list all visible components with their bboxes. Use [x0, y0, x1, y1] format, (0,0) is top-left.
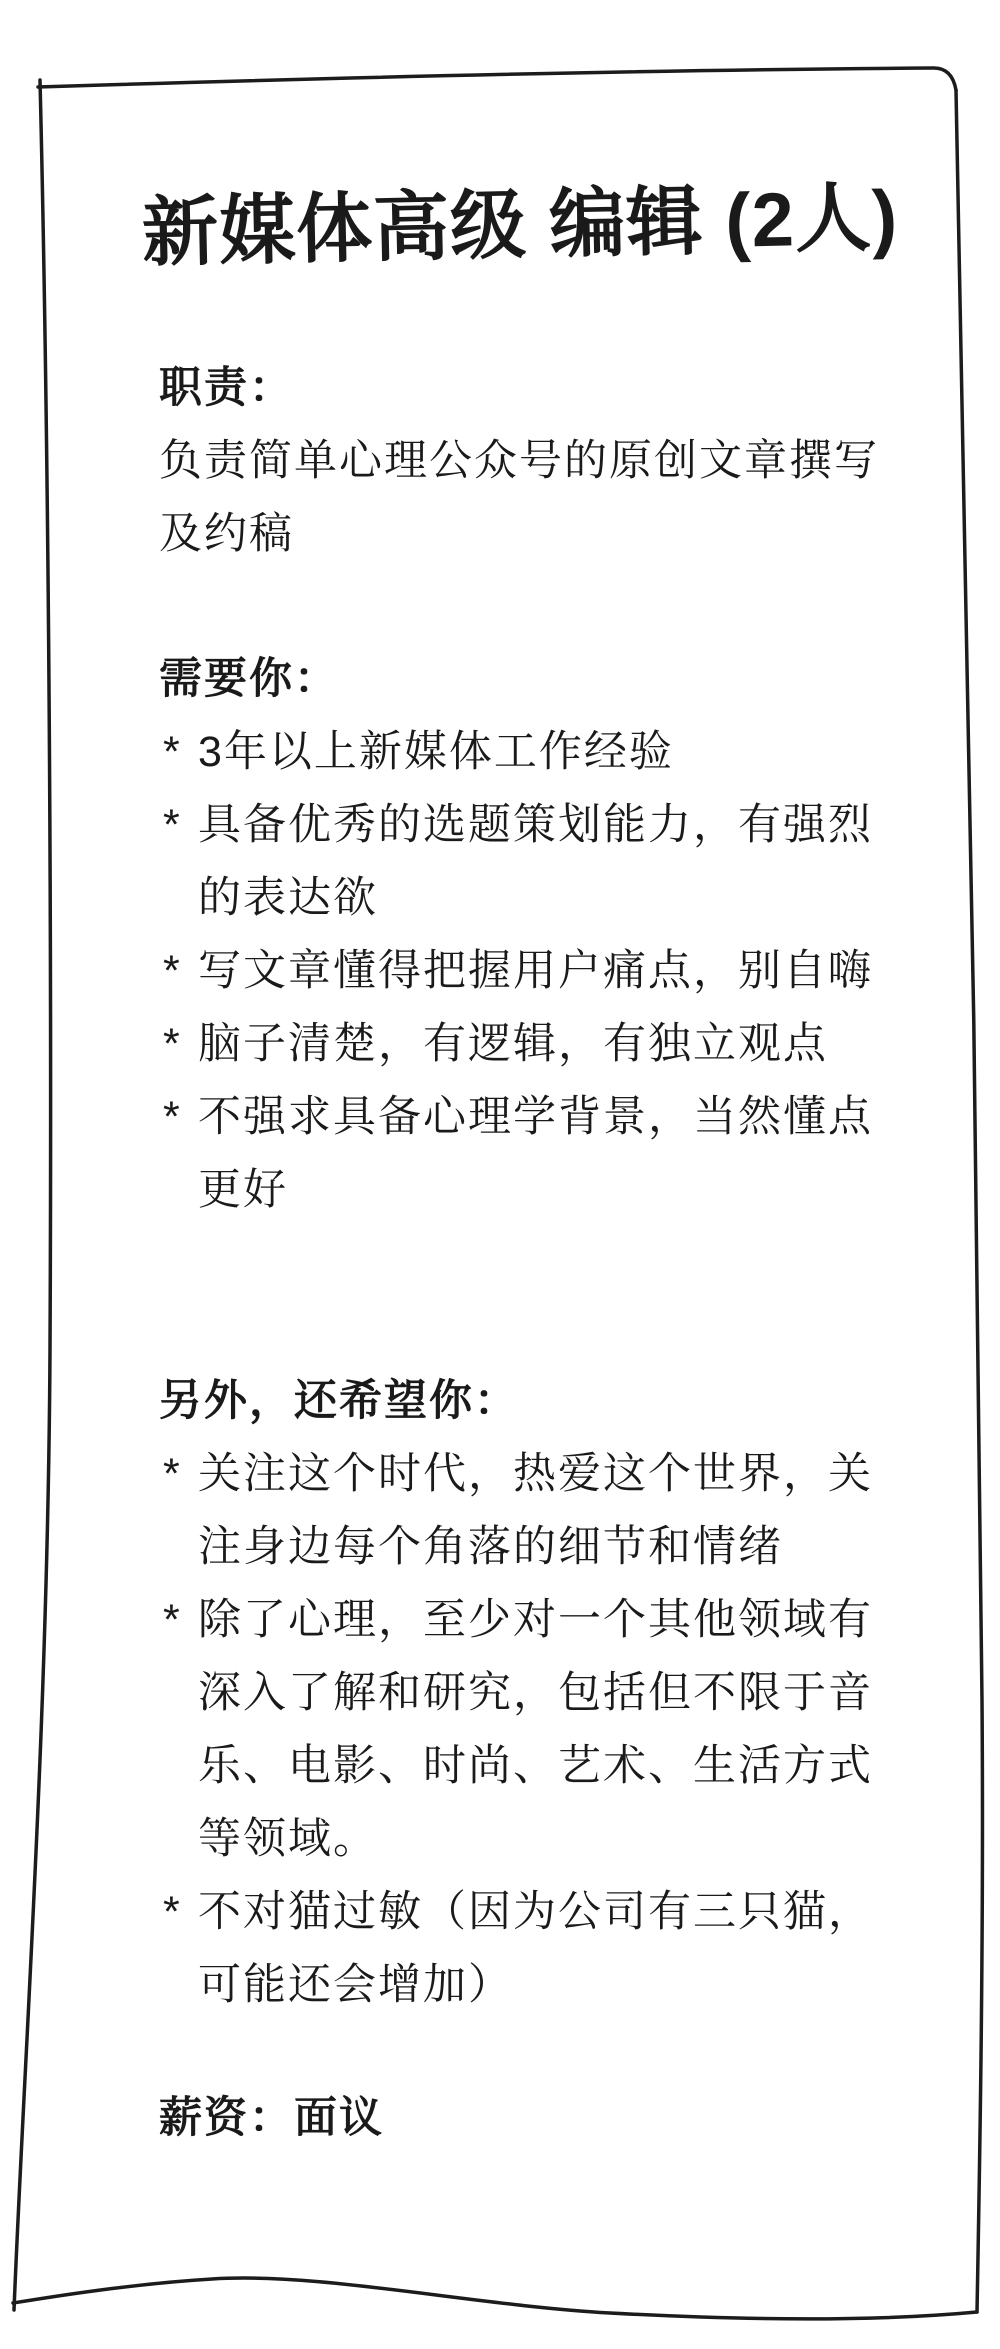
wish-text: 关注这个时代，热爱这个世界，关注身边每个角落的细节和情绪	[198, 1438, 885, 1584]
requirement-item: * 3年以上新媒体工作经验	[159, 716, 885, 789]
bullet-marker: *	[159, 716, 198, 789]
bullet-marker: *	[159, 1008, 198, 1081]
requirement-item: * 写文章懂得把握用户痛点，别自嗨	[159, 935, 885, 1008]
job-description: 职责： 负责简单心理公众号的原创文章撰写及约稿 需要你： * 3年以上新媒体工作…	[159, 0, 885, 2155]
section-responsibilities-heading: 职责：	[159, 352, 885, 425]
requirement-text: 脑子清楚，有逻辑，有独立观点	[198, 1008, 885, 1081]
border-bottom-line	[13, 2278, 977, 2319]
requirement-text: 具备优秀的选题策划能力，有强烈的表达欲	[198, 789, 885, 935]
requirement-item: * 具备优秀的选题策划能力，有强烈的表达欲	[159, 789, 885, 935]
salary-line: 薪资：面议	[159, 2082, 885, 2155]
bullet-marker: *	[159, 1876, 198, 1949]
bullet-marker: *	[159, 935, 198, 1008]
border-left-line	[14, 80, 51, 2310]
requirement-text: 不强求具备心理学背景，当然懂点更好	[198, 1081, 885, 1227]
bullet-marker: *	[159, 789, 198, 862]
wish-item: * 不对猫过敏（因为公司有三只猫，可能还会增加）	[159, 1876, 885, 2022]
requirement-text: 写文章懂得把握用户痛点，别自嗨	[198, 935, 885, 1008]
salary-label: 薪资：	[159, 2094, 294, 2142]
section-requirements-heading: 需要你：	[159, 643, 885, 716]
requirement-item: * 不强求具备心理学背景，当然懂点更好	[159, 1081, 885, 1227]
bullet-marker: *	[159, 1584, 198, 1657]
responsibilities-text: 负责简单心理公众号的原创文章撰写及约稿	[159, 425, 885, 571]
requirement-text: 3年以上新媒体工作经验	[198, 716, 885, 789]
salary-value: 面议	[294, 2094, 384, 2142]
bullet-marker: *	[159, 1081, 198, 1154]
wish-item: * 关注这个时代，热爱这个世界，关注身边每个角落的细节和情绪	[159, 1438, 885, 1584]
requirement-item: * 脑子清楚，有逻辑，有独立观点	[159, 1008, 885, 1081]
border-right-line	[956, 90, 982, 2312]
wish-item: * 除了心理，至少对一个其他领域有深入了解和研究，包括但不限于音乐、电影、时尚、…	[159, 1584, 885, 1876]
bullet-marker: *	[159, 1438, 198, 1511]
section-wishes-heading: 另外，还希望你：	[159, 1365, 885, 1438]
wish-text: 除了心理，至少对一个其他领域有深入了解和研究，包括但不限于音乐、电影、时尚、艺术…	[198, 1584, 885, 1876]
job-poster-page: 新媒体高级 编辑 (2人) 职责： 负责简单心理公众号的原创文章撰写及约稿 需要…	[0, 0, 1000, 2349]
wish-text: 不对猫过敏（因为公司有三只猫，可能还会增加）	[198, 1876, 885, 2022]
